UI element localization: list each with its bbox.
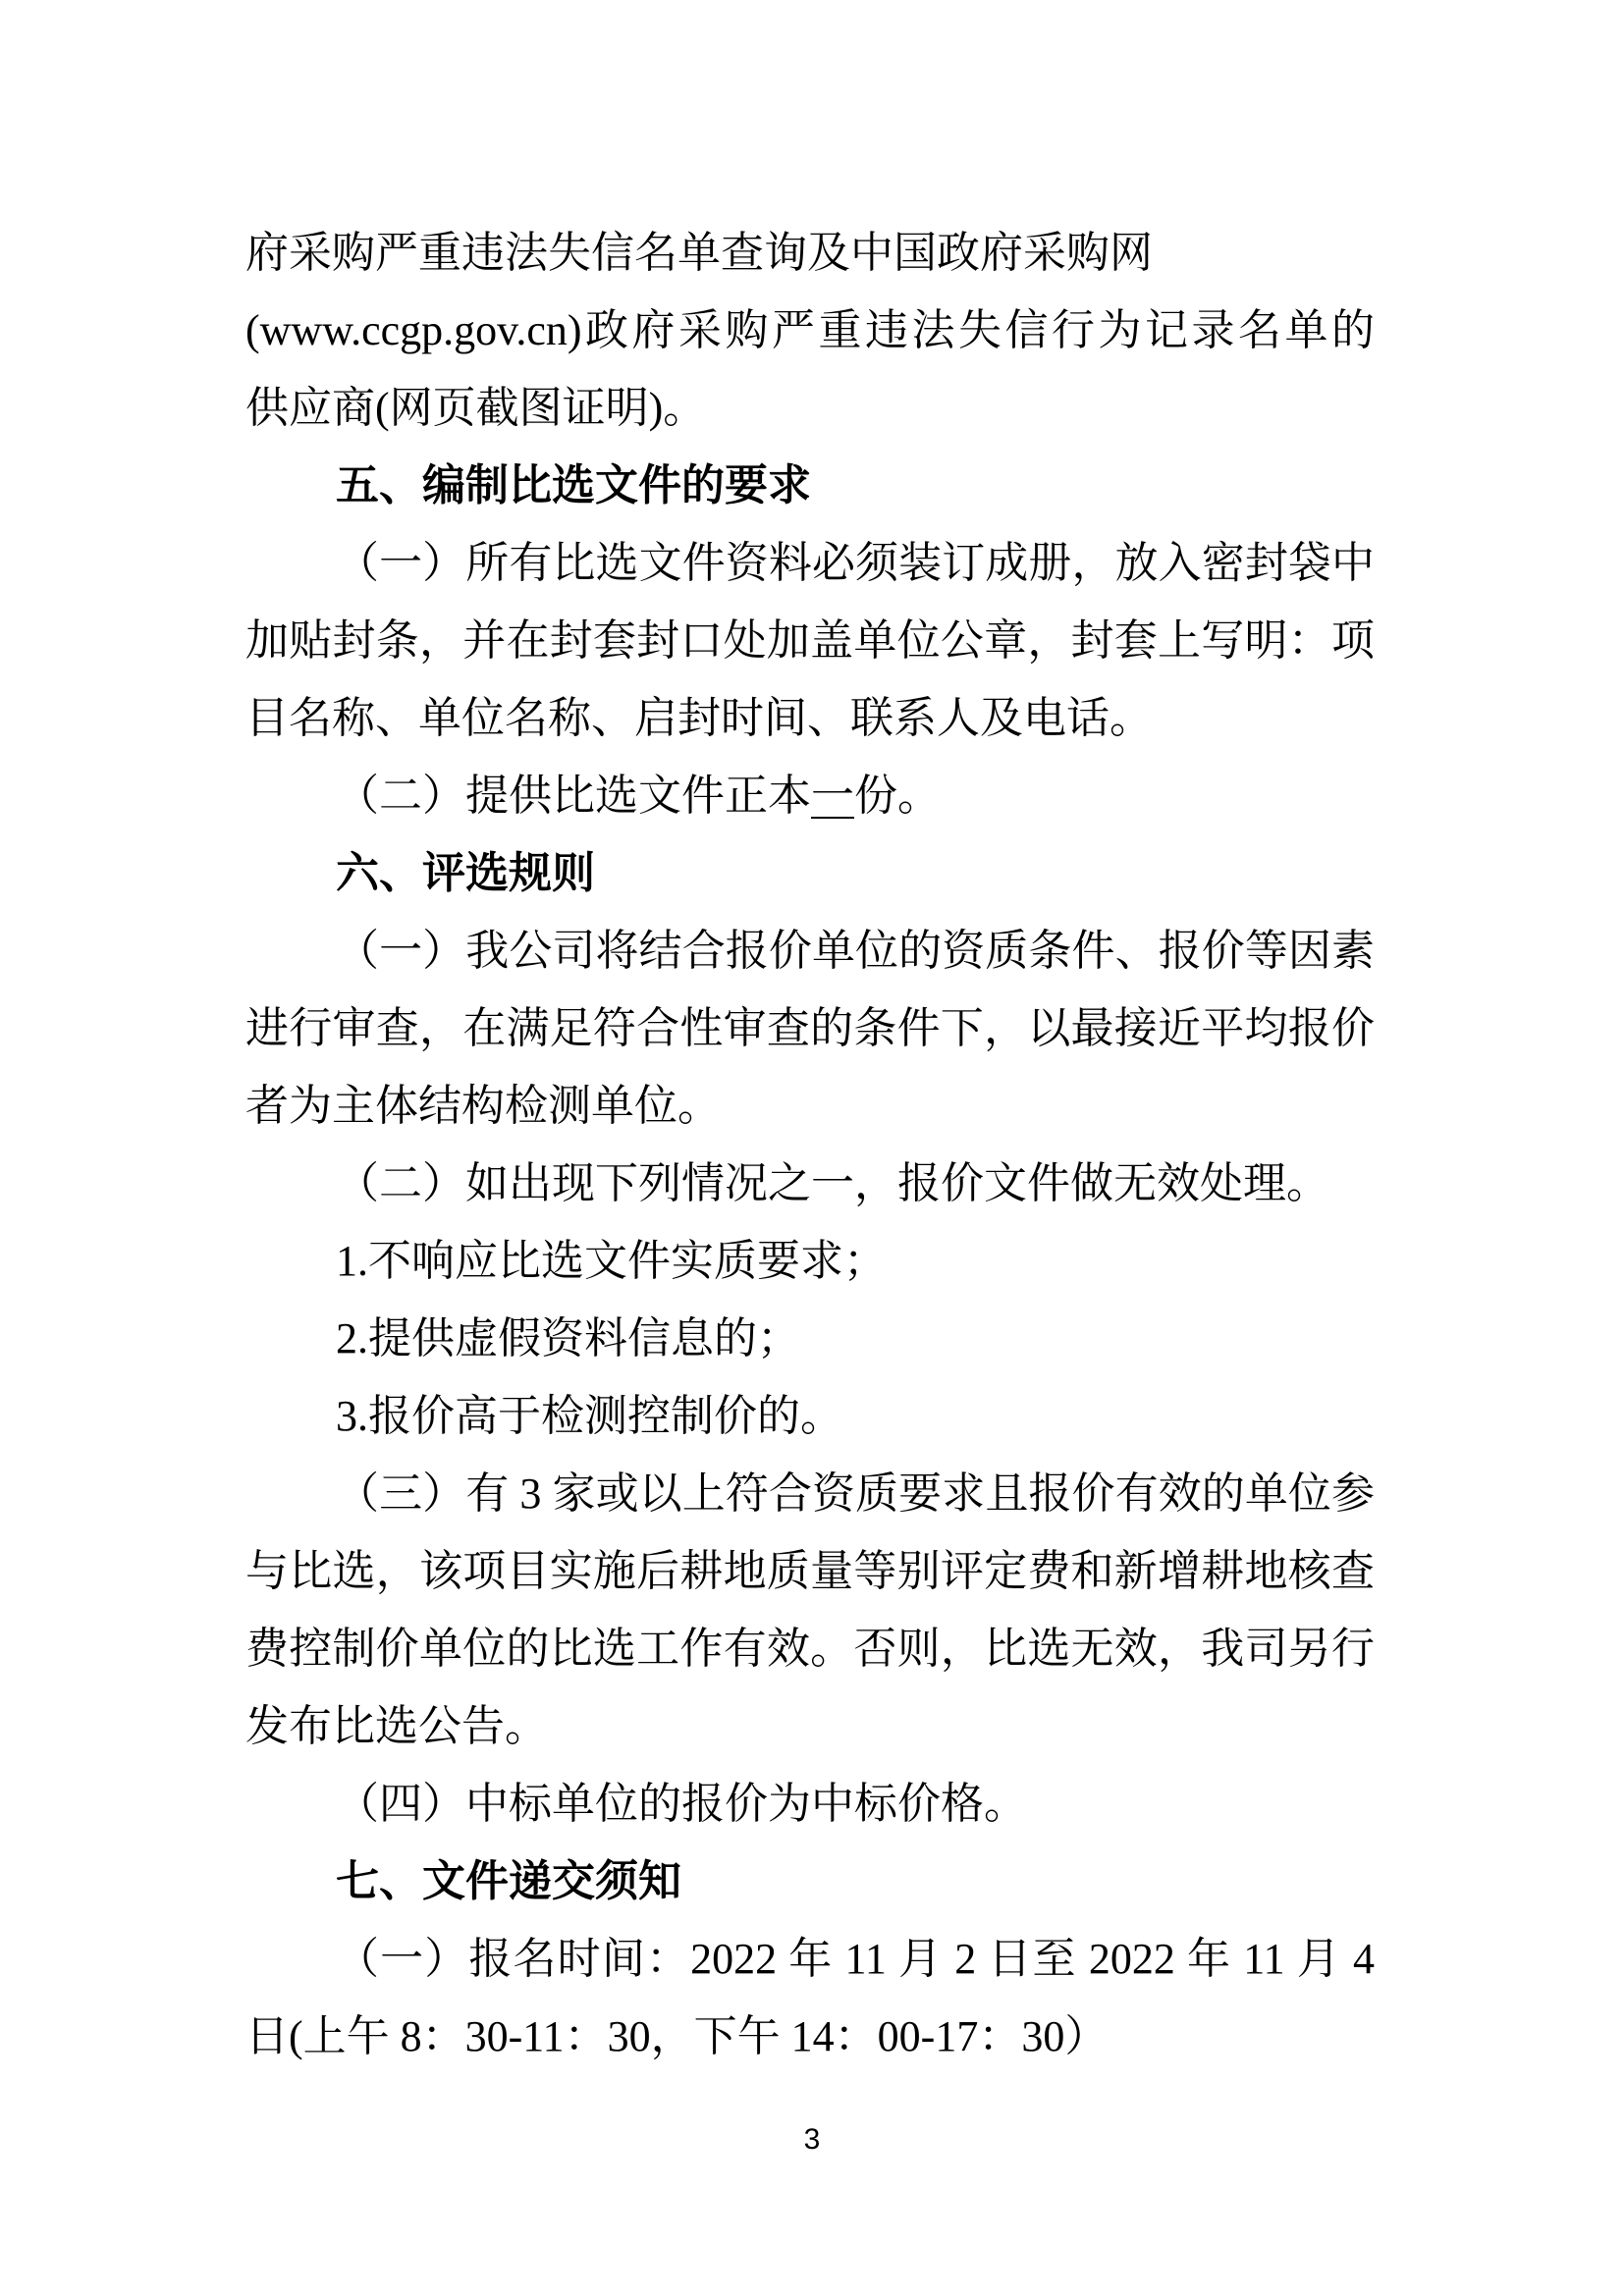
doc-line: （二）如出现下列情况之一，报价文件做无效处理。 <box>245 1145 1375 1222</box>
underlined-text: 一 <box>811 772 854 820</box>
doc-line: 日(上午 8：30-11：30，下午 14：00-17：30） <box>245 1998 1375 2075</box>
section-heading-6: 六、评选规则 <box>245 834 1375 912</box>
doc-line: 者为主体结构检测单位。 <box>245 1067 1375 1145</box>
doc-line: （二）提供比选文件正本一份。 <box>245 757 1375 834</box>
doc-line: 目名称、单位名称、启封时间、联系人及电话。 <box>245 679 1375 757</box>
section-heading-5: 五、编制比选文件的要求 <box>245 447 1375 524</box>
document-page: 府采购严重违法失信名单查询及中国政府采购网 (www.ccgp.gov.cn)政… <box>0 0 1624 2296</box>
doc-line: （四）中标单位的报价为中标价格。 <box>245 1765 1375 1842</box>
doc-line: 府采购严重违法失信名单查询及中国政府采购网 <box>245 214 1375 292</box>
doc-line: 加贴封条，并在封套封口处加盖单位公章，封套上写明：项 <box>245 602 1375 679</box>
page-number: 3 <box>0 2120 1624 2160</box>
doc-line: （三）有 3 家或以上符合资质要求且报价有效的单位参 <box>245 1455 1375 1532</box>
line-text: 份。 <box>854 772 941 820</box>
doc-list-item-3: 3.报价高于检测控制价的。 <box>245 1377 1375 1455</box>
doc-line: 进行审查，在满足符合性审查的条件下，以最接近平均报价 <box>245 989 1375 1067</box>
doc-line: （一）我公司将结合报价单位的资质条件、报价等因素 <box>245 912 1375 989</box>
doc-line: 费控制价单位的比选工作有效。否则，比选无效，我司另行 <box>245 1610 1375 1687</box>
doc-line: 供应商(网页截图证明)。 <box>245 369 1375 447</box>
section-heading-7: 七、文件递交须知 <box>245 1842 1375 1920</box>
doc-list-item-1: 1.不响应比选文件实质要求； <box>245 1222 1375 1300</box>
doc-line: (www.ccgp.gov.cn)政府采购严重违法失信行为记录名单的 <box>245 292 1375 369</box>
document-body: 府采购严重违法失信名单查询及中国政府采购网 (www.ccgp.gov.cn)政… <box>245 214 1375 2075</box>
line-text: （二）提供比选文件正本 <box>336 772 811 820</box>
doc-line: （一）报名时间：2022 年 11 月 2 日至 2022 年 11 月 4 <box>245 1920 1375 1998</box>
doc-line: 与比选，该项目实施后耕地质量等别评定费和新增耕地核查 <box>245 1532 1375 1610</box>
doc-line: 发布比选公告。 <box>245 1687 1375 1765</box>
doc-list-item-2: 2.提供虚假资料信息的； <box>245 1300 1375 1377</box>
doc-line: （一）所有比选文件资料必须装订成册，放入密封袋中 <box>245 524 1375 602</box>
